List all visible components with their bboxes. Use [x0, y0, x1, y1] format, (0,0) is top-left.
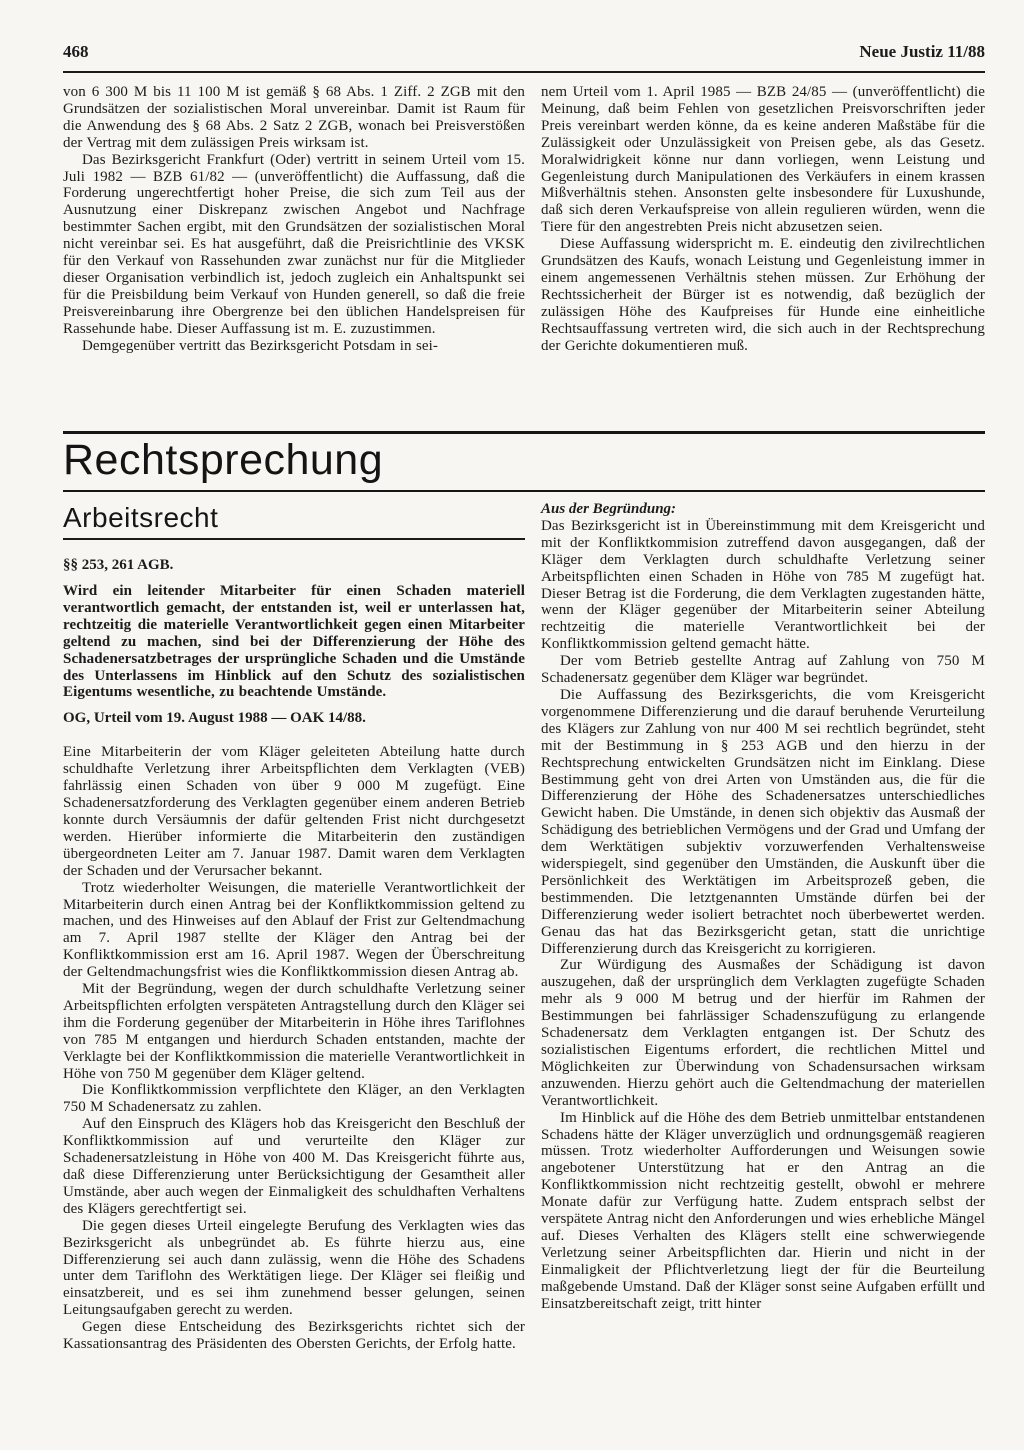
case-section: Arbeitsrecht §§ 253, 261 AGB. Wird ein l…: [63, 501, 985, 1446]
top-right-column: nem Urteil vom 1. April 1985 — BZB 24/85…: [541, 84, 985, 418]
facts-paragraph: Die gegen dieses Urteil eingelegte Beruf…: [63, 1218, 525, 1319]
facts-paragraph: Die Konfliktkommission verpflichtete den…: [63, 1082, 525, 1116]
case-right-column: Aus der Begründung: Das Bezirksgericht i…: [541, 501, 985, 1446]
journal-page: 468 Neue Justiz 11/88 von 6 300 M bis 11…: [0, 0, 1024, 1450]
page-header: 468 Neue Justiz 11/88: [63, 42, 985, 62]
reasons-paragraph: Das Bezirksgericht ist in Übereinstimmun…: [541, 518, 985, 653]
facts-paragraph: Trotz wiederholter Weisungen, die materi…: [63, 880, 525, 981]
top-section: von 6 300 M bis 11 100 M ist gemäß § 68 …: [63, 84, 985, 418]
statute-reference: §§ 253, 261 AGB.: [63, 557, 525, 574]
case-citation: OG, Urteil vom 19. August 1988 — OAK 14/…: [63, 710, 525, 727]
paragraph: Demgegenüber vertritt das Bezirksgericht…: [63, 338, 525, 355]
subsection-rule: [63, 538, 525, 540]
reasons-label: Aus der Begründung:: [541, 501, 985, 518]
section-title: Rechtsprechung: [63, 437, 985, 483]
journal-title: Neue Justiz 11/88: [859, 42, 985, 62]
reasons-paragraph: Im Hinblick auf die Höhe des dem Betrieb…: [541, 1110, 985, 1313]
case-left-column: Arbeitsrecht §§ 253, 261 AGB. Wird ein l…: [63, 501, 525, 1446]
reasons-paragraph: Die Auffassung des Bezirksgerichts, die …: [541, 687, 985, 958]
reasons-paragraph: Zur Würdigung des Ausmaßes der Schädigun…: [541, 957, 985, 1109]
paragraph: von 6 300 M bis 11 100 M ist gemäß § 68 …: [63, 84, 525, 152]
reasons-paragraph: Der vom Betrieb gestellte Antrag auf Zah…: [541, 653, 985, 687]
facts-paragraph: Mit der Begründung, wegen der durch schu…: [63, 981, 525, 1082]
facts-paragraph: Gegen diese Entscheidung des Bezirksgeri…: [63, 1319, 525, 1353]
page-number: 468: [63, 42, 89, 62]
paragraph: Diese Auffassung widerspricht m. E. eind…: [541, 236, 985, 354]
facts-paragraph: Eine Mitarbeiterin der vom Kläger geleit…: [63, 744, 525, 879]
section-banner: Rechtsprechung: [63, 431, 985, 492]
paragraph: Das Bezirksgericht Frankfurt (Oder) vert…: [63, 152, 525, 338]
subsection-title: Arbeitsrecht: [63, 503, 525, 533]
header-rule: [63, 71, 985, 73]
paragraph: nem Urteil vom 1. April 1985 — BZB 24/85…: [541, 84, 985, 236]
facts-paragraph: Auf den Einspruch des Klägers hob das Kr…: [63, 1116, 525, 1217]
top-left-column: von 6 300 M bis 11 100 M ist gemäß § 68 …: [63, 84, 525, 418]
headnote: Wird ein leitender Mitarbeiter für einen…: [63, 583, 525, 701]
